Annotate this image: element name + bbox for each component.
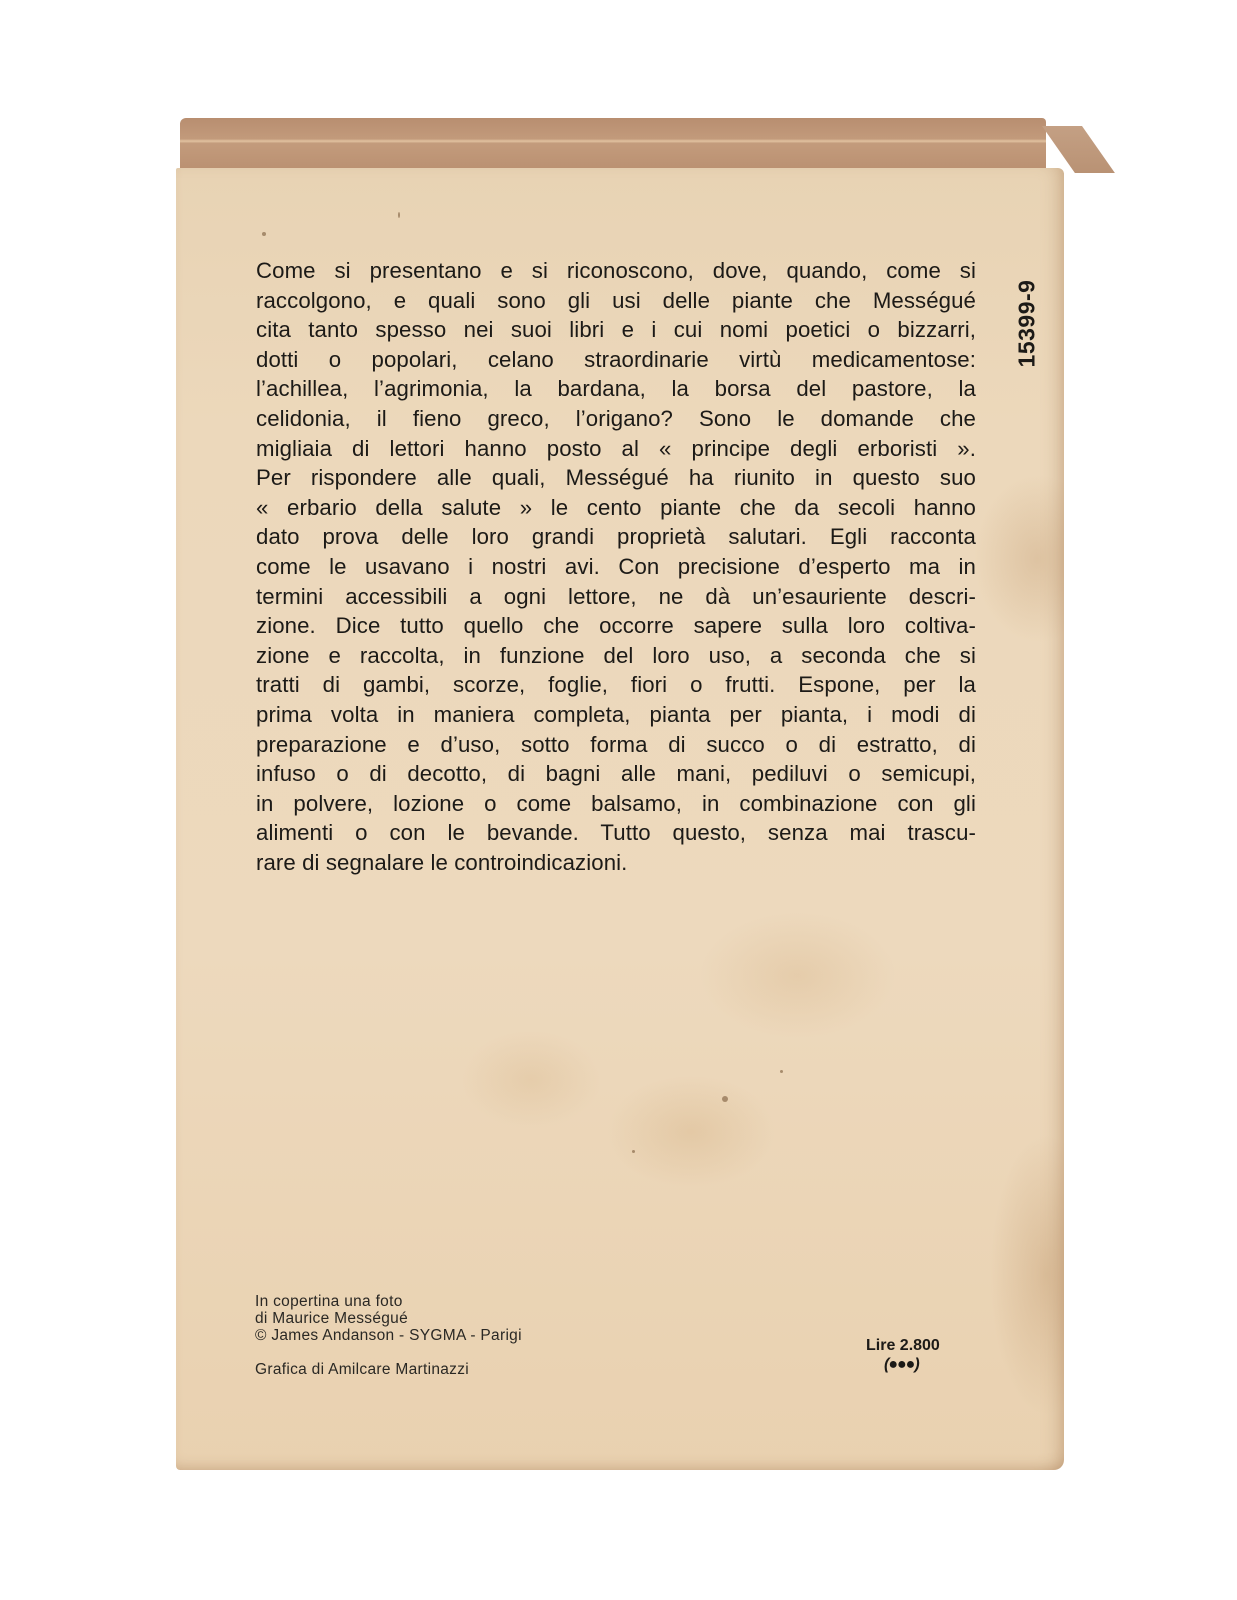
blurb-line: rare di segnalare le controindicazioni. bbox=[256, 848, 976, 878]
blurb-line: dato prova delle loro grandi proprietà s… bbox=[256, 522, 976, 552]
blurb-line: l’achillea, l’agrimonia, la bardana, la … bbox=[256, 374, 976, 404]
cover-photo-credits: In copertina una foto di Maurice Mességu… bbox=[255, 1293, 522, 1344]
blurb-text: Come si presentano e si riconoscono, dov… bbox=[256, 256, 976, 877]
credit-line: di Maurice Mességué bbox=[255, 1310, 522, 1327]
credit-line: © James Andanson - SYGMA - Parigi bbox=[255, 1327, 522, 1344]
blurb-line: raccolgono, e quali sono gli usi delle p… bbox=[256, 286, 976, 316]
blurb-line: infuso o di decotto, di bagni alle mani,… bbox=[256, 759, 976, 789]
blurb-line: « erbario della salute » le cento piante… bbox=[256, 493, 976, 523]
blurb-line: celidonia, il fieno greco, l’origano? So… bbox=[256, 404, 976, 434]
blurb-line: Per rispondere alle quali, Mességué ha r… bbox=[256, 463, 976, 493]
credit-line: In copertina una foto bbox=[255, 1293, 522, 1310]
blurb-line: come le usavano i nostri avi. Con precis… bbox=[256, 552, 976, 582]
blurb-line: alimenti o con le bevande. Tutto questo,… bbox=[256, 818, 976, 848]
catalog-code: 15399-9 bbox=[1012, 258, 1042, 388]
blurb-line: zione. Dice tutto quello che occorre sap… bbox=[256, 611, 976, 641]
blurb-line: Come si presentano e si riconoscono, dov… bbox=[256, 256, 976, 286]
blurb-line: cita tanto spesso nei suoi libri e i cui… bbox=[256, 315, 976, 345]
price-code: (●●●) bbox=[884, 1356, 919, 1374]
book-page-edges bbox=[180, 118, 1046, 173]
blurb-line: dotti o popolari, celano straordinarie v… bbox=[256, 345, 976, 375]
paper-speck bbox=[398, 212, 400, 218]
paper-speck bbox=[722, 1096, 728, 1102]
price-label: Lire 2.800 bbox=[866, 1337, 940, 1355]
blurb-line: migliaia di lettori hanno posto al « pri… bbox=[256, 434, 976, 464]
paper-speck bbox=[632, 1150, 635, 1153]
paper-speck bbox=[262, 232, 266, 236]
blurb-line: zione e raccolta, in funzione del loro u… bbox=[256, 641, 976, 671]
blurb-line: termini accessibili a ogni lettore, ne d… bbox=[256, 582, 976, 612]
catalog-code-text: 15399-9 bbox=[1014, 279, 1041, 367]
blurb-line: prima volta in maniera completa, pianta … bbox=[256, 700, 976, 730]
graphics-credit: Grafica di Amilcare Martinazzi bbox=[255, 1361, 469, 1379]
blurb-line: in polvere, lozione o come balsamo, in c… bbox=[256, 789, 976, 819]
paper-speck bbox=[780, 1070, 783, 1073]
blurb-line: tratti di gambi, scorze, foglie, fiori o… bbox=[256, 670, 976, 700]
blurb-line: preparazione e d’uso, sotto forma di suc… bbox=[256, 730, 976, 760]
